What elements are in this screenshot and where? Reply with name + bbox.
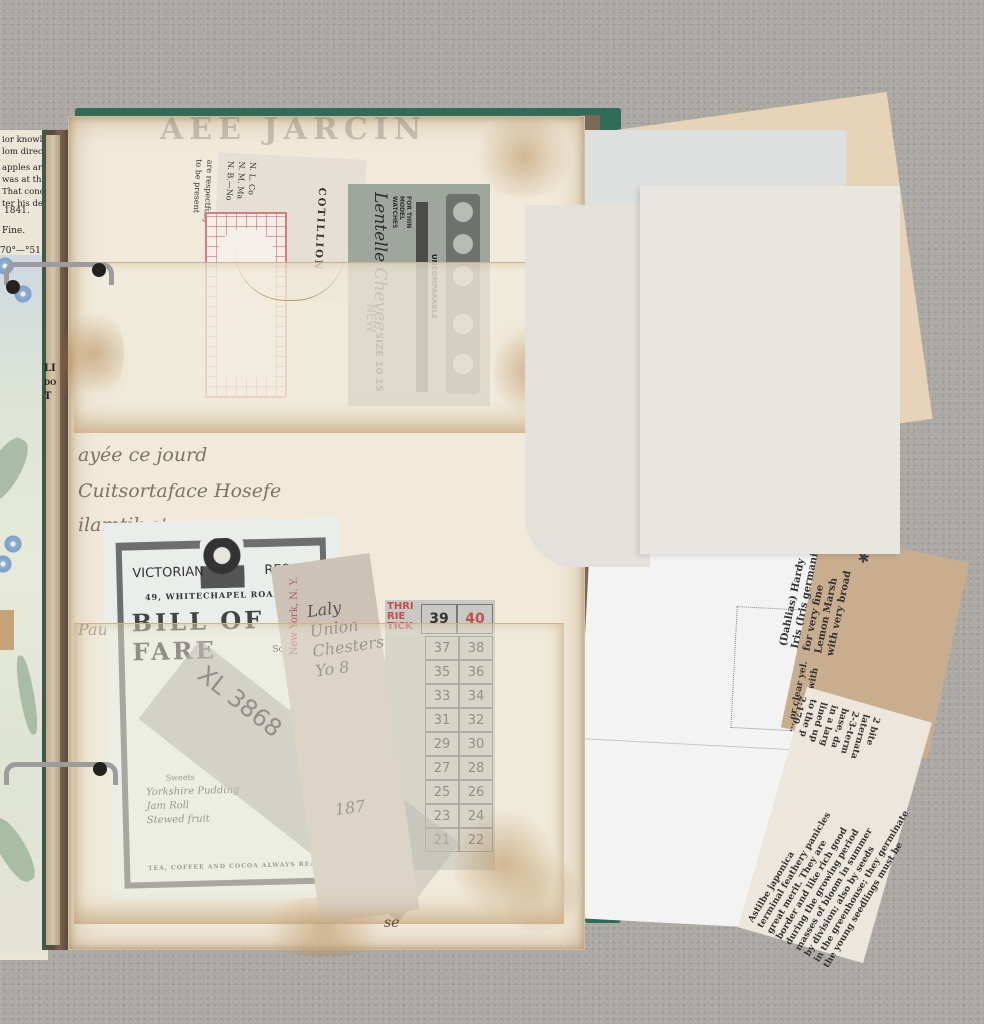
spine-letter: DO	[44, 376, 56, 390]
text-line: ior knowle	[0, 134, 46, 146]
envelope-pocket-flap-left[interactable]	[525, 205, 650, 567]
text-line: That concea	[0, 186, 46, 198]
tab-clip	[0, 610, 14, 650]
spine-letters: LI DO T	[44, 362, 56, 404]
ring-hole	[93, 762, 107, 776]
spine-letter: LI	[44, 362, 56, 376]
handwriting-line: ayée ce jourd	[78, 444, 207, 466]
lower-pocket[interactable]	[74, 623, 564, 924]
ink-stain	[454, 804, 554, 924]
botanical-print	[0, 255, 46, 955]
spine-letter: T	[44, 390, 56, 404]
leaf-icon	[0, 813, 42, 887]
ring-hole	[92, 263, 106, 277]
spine-paper-strip	[46, 135, 60, 945]
leaf-icon	[0, 432, 35, 508]
watch-card-subtitle: FOR THIN MODEL WATCHES	[391, 196, 412, 236]
bottom-text-fragment: se	[384, 915, 399, 931]
leaf-icon	[13, 654, 41, 735]
handwriting-line: Cuitsortaface Hosefe	[78, 480, 281, 502]
ring-hole	[6, 280, 20, 294]
envelope-flap[interactable]	[640, 186, 900, 554]
gauge-hole	[453, 234, 473, 254]
year-label: 1841.	[4, 206, 30, 216]
text-line: was at this	[0, 174, 46, 186]
text-line: apples are	[0, 162, 46, 174]
forget-me-not-icon	[4, 535, 22, 553]
ink-stain	[64, 303, 124, 403]
faded-header: AEE JARCIN	[160, 112, 427, 147]
forget-me-not-icon	[0, 555, 12, 573]
fine-label: Fine.	[2, 226, 25, 236]
queen-victoria-portrait-icon	[200, 537, 245, 588]
text-line: lom direct	[0, 146, 46, 158]
previous-page-text: ior knowle lom direct apples are was at …	[0, 134, 46, 210]
gauge-hole	[453, 202, 473, 222]
bill-heading-left: VICTORIAN	[132, 565, 204, 582]
clipping-text-top: 2 bite laternata 2-3-term base, da in a …	[784, 694, 881, 763]
